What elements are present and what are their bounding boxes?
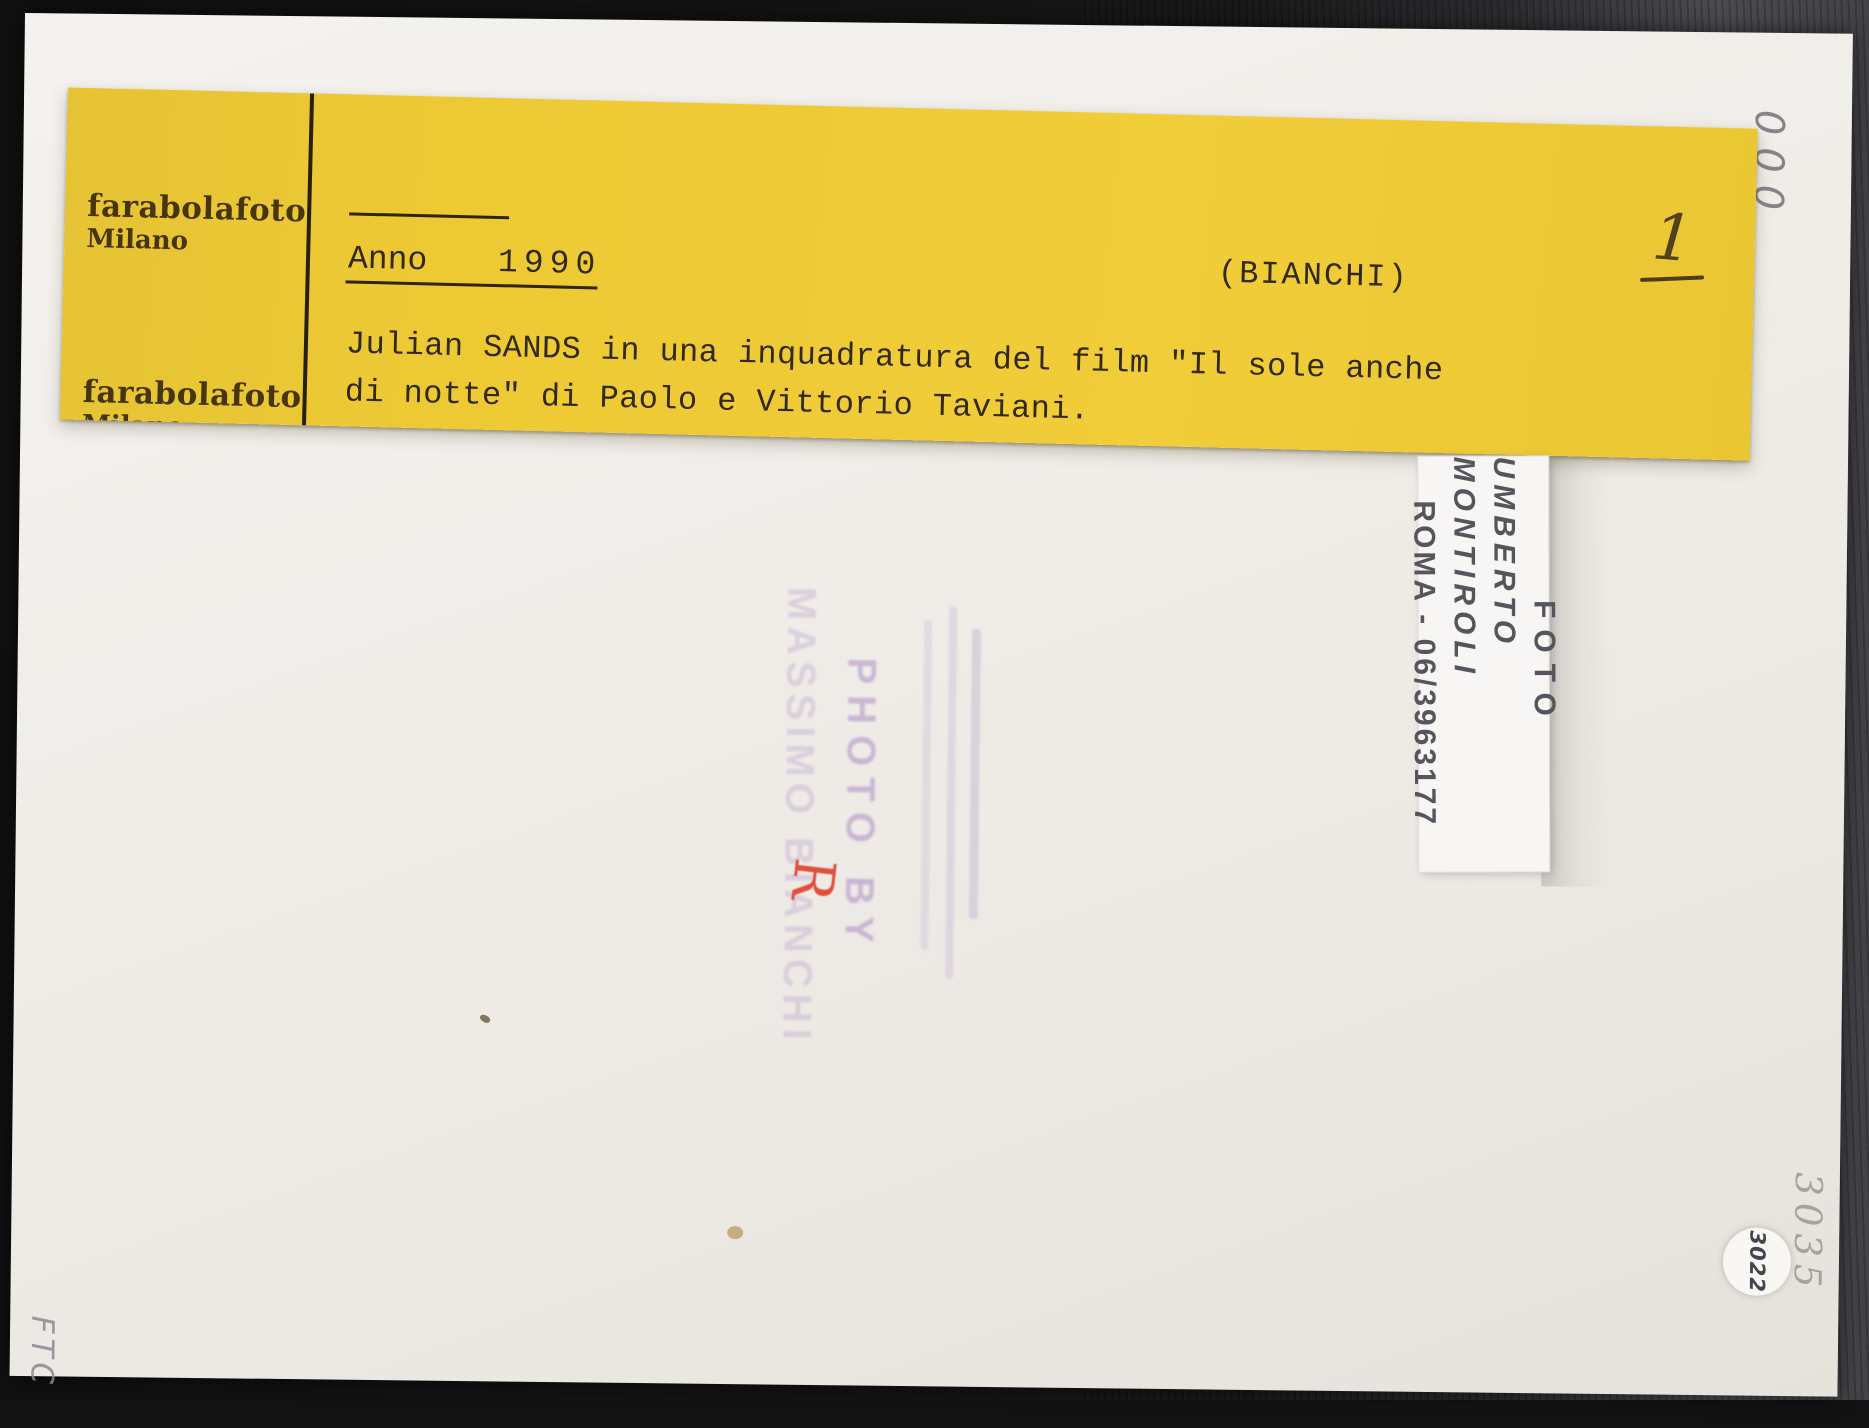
photographer-credit: (BIANCHI) [1218,255,1410,297]
label-photographer-name: UMBERTO MONTIROLI [1443,456,1524,870]
photographer-address-label: FOTO UMBERTO MONTIROLI ROMA - 06/3963177 [1417,455,1550,872]
photo-back-card: 000 farabolafoto Milano farabolafoto Mil… [10,13,1853,1397]
paper-speck [479,1013,492,1024]
sticker-number: 3022 [1745,1230,1770,1293]
red-letter-mark: R [778,855,847,904]
handwritten-number-one: 1 [1650,200,1697,277]
archive-number-sticker: 3022 [1723,1227,1792,1296]
agency-caption-label: farabolafoto Milano farabolafoto Milano … [60,87,1758,460]
agency-logo-bottom: farabolafoto Milano [82,374,303,445]
stamp-photo-by: PHOTO BY [835,657,884,1025]
year-field-value: 1990 [498,244,602,284]
agency-logo-top: farabolafoto Milano [86,188,307,259]
label-foto-word: FOTO [1524,600,1564,727]
stamp-photographer-name: MASSIMO BIANCHI [774,587,824,1025]
agency-city: Milano [82,410,302,445]
stamp-illegible-line [920,620,932,950]
agency-name: farabolafoto [87,188,307,229]
agency-city: Milano [86,224,306,259]
photo-verso-scene: 000 farabolafoto Milano farabolafoto Mil… [0,0,1869,1400]
caption-line-2: di notte" di Paolo e Vittorio Taviani. [344,373,1090,428]
label-phone-line: ROMA - 06/3963177 [1403,500,1444,827]
photographer-label-text: FOTO UMBERTO MONTIROLI ROMA - 06/3963177 [1418,456,1549,870]
year-field-label: Anno [348,240,428,279]
label-divider-line [302,93,314,425]
pencil-catalog-number: 3035 [1786,1172,1828,1342]
stamp-illegible-line [969,629,981,919]
faint-ink-stamp: PHOTO BY MASSIMO BIANCHI [683,584,988,1027]
blank-rule [349,212,509,219]
agency-name: farabolafoto [82,374,302,415]
pencil-initials: FTC [21,1297,62,1400]
stamp-illegible-line [945,607,957,979]
paper-speck [727,1226,743,1239]
